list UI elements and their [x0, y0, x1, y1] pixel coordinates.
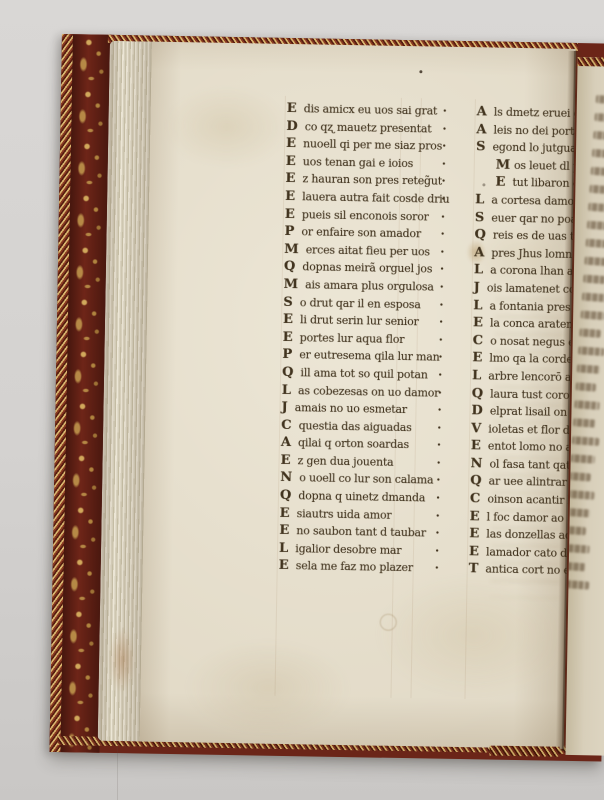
manuscript-book: E dis amicx eu uos sai grat·D co qʐ maue… [49, 34, 604, 762]
line-end-punctus: · [437, 437, 441, 455]
faint-ring-stain [380, 614, 397, 631]
line-end-punctus: · [436, 507, 440, 525]
photograph: E dis amicx eu uos sai grat·D co qʐ maue… [0, 0, 604, 800]
line-end-punctus: · [439, 296, 443, 314]
line-end-punctus: · [437, 402, 441, 420]
facing-page-text-line [565, 580, 589, 590]
facing-page-text-line [571, 454, 595, 464]
facing-page-text-line [583, 275, 604, 285]
facing-page-text-line [586, 239, 604, 248]
facing-page-text-line [596, 95, 604, 104]
line-end-punctus: · [442, 120, 446, 138]
line-end-punctus: · [441, 191, 445, 209]
line-end-punctus: · [442, 138, 446, 156]
verse-text: E sela me faz mo plazer [279, 557, 439, 577]
facing-page-text-line [567, 508, 591, 518]
facing-page-text-line [565, 544, 589, 554]
facing-page-text-line [569, 472, 591, 481]
binding-bottom-fragment [489, 746, 559, 757]
line-end-punctus: · [440, 243, 444, 261]
facing-page-text-line [578, 346, 604, 356]
facing-page-text-line [573, 418, 596, 428]
line-end-punctus: · [435, 560, 439, 578]
facing-page-text-line [572, 436, 599, 446]
facing-page-text-line [582, 292, 604, 302]
line-end-punctus: · [435, 525, 439, 543]
facing-page-text-line [576, 382, 597, 391]
line-end-punctus: · [440, 261, 444, 279]
headband-fragment-icon [578, 57, 604, 67]
facing-page-text-line [579, 328, 601, 337]
line-end-punctus: · [440, 226, 444, 244]
line-end-punctus: · [439, 314, 443, 332]
facing-page-text-line [591, 167, 604, 177]
facing-page-text-line [588, 203, 604, 213]
facing-page-text-line [589, 185, 604, 194]
line-end-punctus: · [441, 173, 445, 191]
text-column-left: E dis amicx eu uos sai grat·D co qʐ maue… [279, 100, 447, 578]
facing-page-text-line [594, 113, 604, 123]
facing-page-text-line [566, 526, 587, 535]
facing-page-text-line [565, 562, 585, 572]
line-end-punctus: · [435, 542, 439, 560]
line-end-punctus: · [436, 454, 440, 472]
line-end-punctus: · [438, 367, 442, 385]
line-end-punctus: · [439, 279, 443, 297]
cradle-shadow-line [117, 742, 118, 800]
facing-page-text-line [568, 490, 594, 500]
line-end-punctus: · [438, 349, 442, 367]
line-end-punctus: · [439, 331, 443, 349]
ink-speck [419, 70, 422, 73]
facing-page-text-line [574, 400, 599, 410]
line-end-punctus: · [441, 208, 445, 226]
line-end-punctus: · [438, 384, 442, 402]
line-end-punctus: · [436, 472, 440, 490]
line-end-punctus: · [442, 155, 446, 173]
manuscript-page: E dis amicx eu uos sai grat·D co qʐ maue… [140, 42, 576, 749]
facing-page-text-line [592, 149, 604, 159]
facing-page-text-line [593, 131, 604, 141]
facing-page-text-line [584, 257, 604, 267]
verse-line: E sela me faz mo plazer· [279, 557, 439, 577]
facing-page-text-line [581, 310, 604, 320]
facing-page-text-line [577, 364, 601, 374]
line-end-punctus: · [436, 490, 440, 508]
facing-page-text-line [587, 221, 604, 231]
line-end-punctus: · [443, 103, 447, 121]
line-end-punctus: · [437, 419, 441, 437]
